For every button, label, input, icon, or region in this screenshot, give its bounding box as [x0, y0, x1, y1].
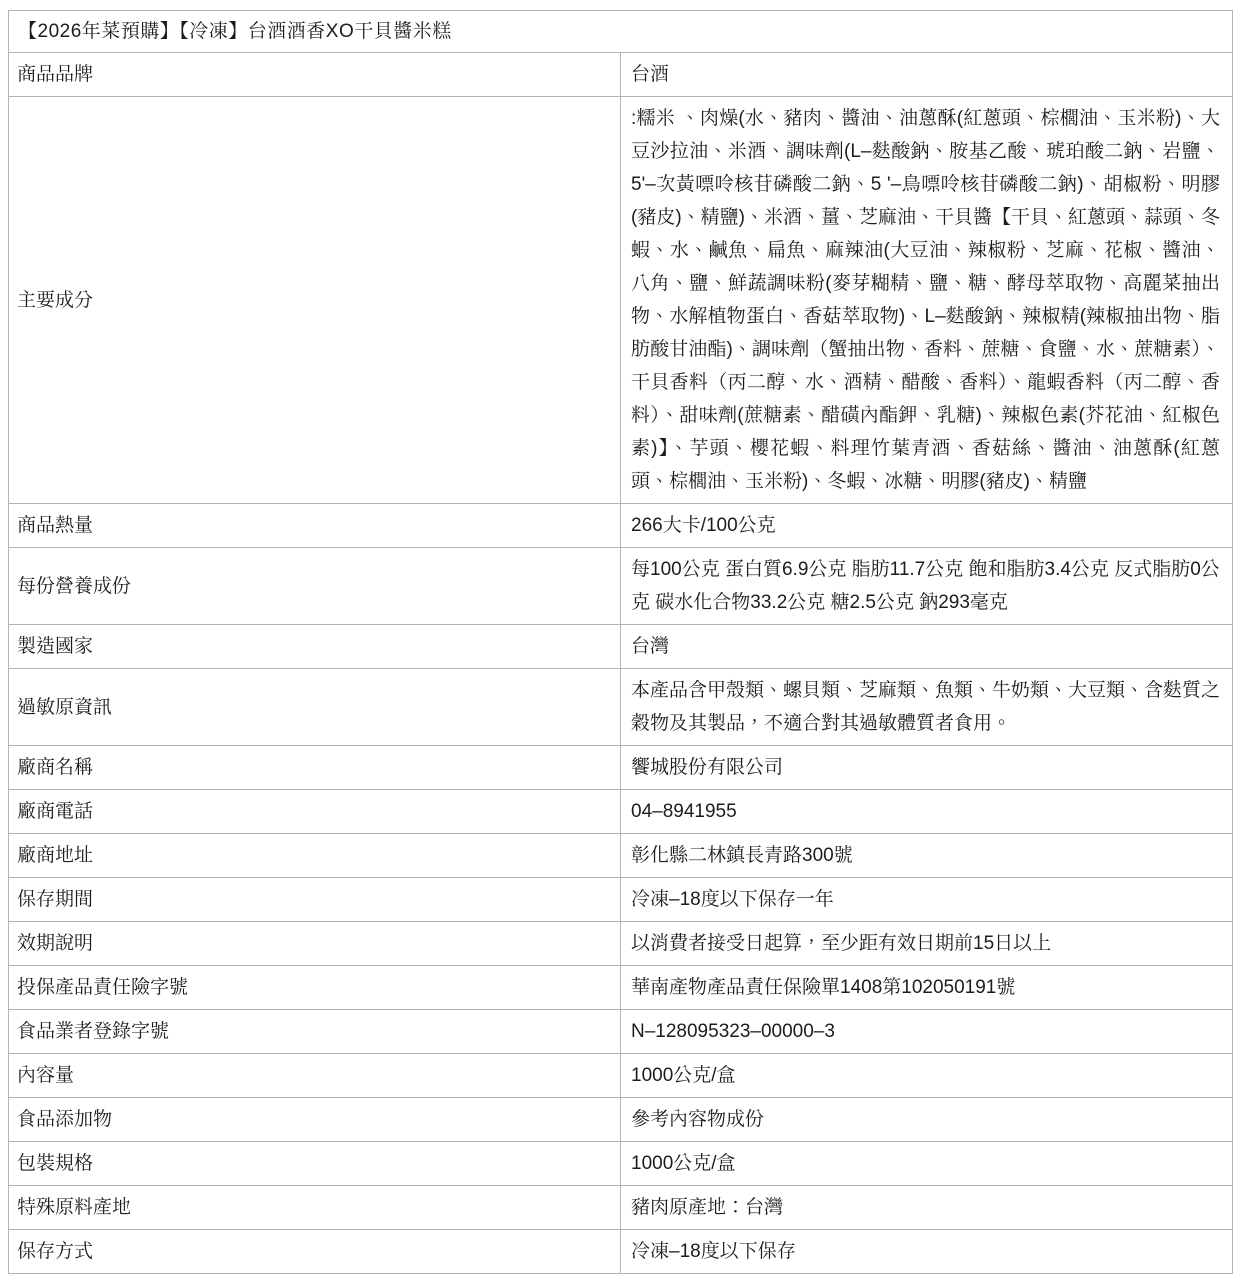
- spec-row-manufacturer-name: 廠商名稱 饗城股份有限公司: [9, 746, 1233, 790]
- spec-value: 參考內容物成份: [621, 1098, 1233, 1142]
- spec-label: 保存方式: [9, 1230, 621, 1274]
- spec-row-shelf-life: 保存期間 冷凍–18度以下保存一年: [9, 878, 1233, 922]
- product-spec-table: 【2026年菜預購】【冷凍】台酒酒香XO干貝醬米糕 商品品牌 台酒 主要成分 :…: [8, 10, 1233, 1274]
- spec-label: 過敏原資訊: [9, 669, 621, 746]
- spec-label: 廠商名稱: [9, 746, 621, 790]
- spec-value: 1000公克/盒: [621, 1054, 1233, 1098]
- product-spec-page: 【2026年菜預購】【冷凍】台酒酒香XO干貝醬米糕 商品品牌 台酒 主要成分 :…: [0, 0, 1246, 1132]
- spec-label: 內容量: [9, 1054, 621, 1098]
- spec-row-special-ingredient-origin: 特殊原料產地 豬肉原產地：台灣: [9, 1186, 1233, 1230]
- spec-label: 商品品牌: [9, 53, 621, 97]
- spec-value: 本產品含甲殼類、螺貝類、芝麻類、魚類、牛奶類、大豆類、含麩質之穀物及其製品，不適…: [621, 669, 1233, 746]
- product-title: 【2026年菜預購】【冷凍】台酒酒香XO干貝醬米糕: [9, 11, 1233, 53]
- spec-row-allergen-info: 過敏原資訊 本產品含甲殼類、螺貝類、芝麻類、魚類、牛奶類、大豆類、含麩質之穀物及…: [9, 669, 1233, 746]
- spec-value: 冷凍–18度以下保存: [621, 1230, 1233, 1274]
- spec-value: 冷凍–18度以下保存一年: [621, 878, 1233, 922]
- spec-row-storage-method: 保存方式 冷凍–18度以下保存: [9, 1230, 1233, 1274]
- spec-row-net-content: 內容量 1000公克/盒: [9, 1054, 1233, 1098]
- spec-value: 台灣: [621, 625, 1233, 669]
- product-title-row: 【2026年菜預購】【冷凍】台酒酒香XO干貝醬米糕: [9, 11, 1233, 53]
- spec-row-nutrition: 每份營養成份 每100公克 蛋白質6.9公克 脂肪11.7公克 飽和脂肪3.4公…: [9, 548, 1233, 625]
- spec-label: 食品添加物: [9, 1098, 621, 1142]
- spec-row-package-spec: 包裝規格 1000公克/盒: [9, 1142, 1233, 1186]
- spec-label: 製造國家: [9, 625, 621, 669]
- spec-row-manufacturer-address: 廠商地址 彰化縣二林鎮長青路300號: [9, 834, 1233, 878]
- spec-row-origin-country: 製造國家 台灣: [9, 625, 1233, 669]
- spec-row-liability-insurance: 投保產品責任險字號 華南產物產品責任保險單1408第102050191號: [9, 966, 1233, 1010]
- spec-row-food-registration: 食品業者登錄字號 N–128095323–00000–3: [9, 1010, 1233, 1054]
- spec-value: 每100公克 蛋白質6.9公克 脂肪11.7公克 飽和脂肪3.4公克 反式脂肪0…: [621, 548, 1233, 625]
- spec-label: 商品熱量: [9, 504, 621, 548]
- spec-value: 華南產物產品責任保險單1408第102050191號: [621, 966, 1233, 1010]
- spec-value: 1000公克/盒: [621, 1142, 1233, 1186]
- spec-value: 以消費者接受日起算，至少距有效日期前15日以上: [621, 922, 1233, 966]
- spec-value: 04–8941955: [621, 790, 1233, 834]
- spec-label: 食品業者登錄字號: [9, 1010, 621, 1054]
- spec-label: 保存期間: [9, 878, 621, 922]
- spec-label: 每份營養成份: [9, 548, 621, 625]
- spec-label: 投保產品責任險字號: [9, 966, 621, 1010]
- spec-row-calories: 商品熱量 266大卡/100公克: [9, 504, 1233, 548]
- spec-value: 饗城股份有限公司: [621, 746, 1233, 790]
- spec-value: 台酒: [621, 53, 1233, 97]
- spec-value: 彰化縣二林鎮長青路300號: [621, 834, 1233, 878]
- spec-row-manufacturer-phone: 廠商電話 04–8941955: [9, 790, 1233, 834]
- spec-label: 效期說明: [9, 922, 621, 966]
- spec-value: 豬肉原產地：台灣: [621, 1186, 1233, 1230]
- spec-label: 特殊原料產地: [9, 1186, 621, 1230]
- spec-row-ingredients: 主要成分 :糯米 、肉燥(水、豬肉、醬油、油蔥酥(紅蔥頭、棕櫚油、玉米粉)、大豆…: [9, 97, 1233, 504]
- spec-row-food-additives: 食品添加物 參考內容物成份: [9, 1098, 1233, 1142]
- spec-row-expiry-note: 效期說明 以消費者接受日起算，至少距有效日期前15日以上: [9, 922, 1233, 966]
- spec-row-brand: 商品品牌 台酒: [9, 53, 1233, 97]
- spec-label: 廠商電話: [9, 790, 621, 834]
- spec-value: :糯米 、肉燥(水、豬肉、醬油、油蔥酥(紅蔥頭、棕櫚油、玉米粉)、大豆沙拉油、米…: [621, 97, 1233, 504]
- spec-value: N–128095323–00000–3: [621, 1010, 1233, 1054]
- spec-label: 主要成分: [9, 97, 621, 504]
- spec-value: 266大卡/100公克: [621, 504, 1233, 548]
- spec-label: 廠商地址: [9, 834, 621, 878]
- spec-label: 包裝規格: [9, 1142, 621, 1186]
